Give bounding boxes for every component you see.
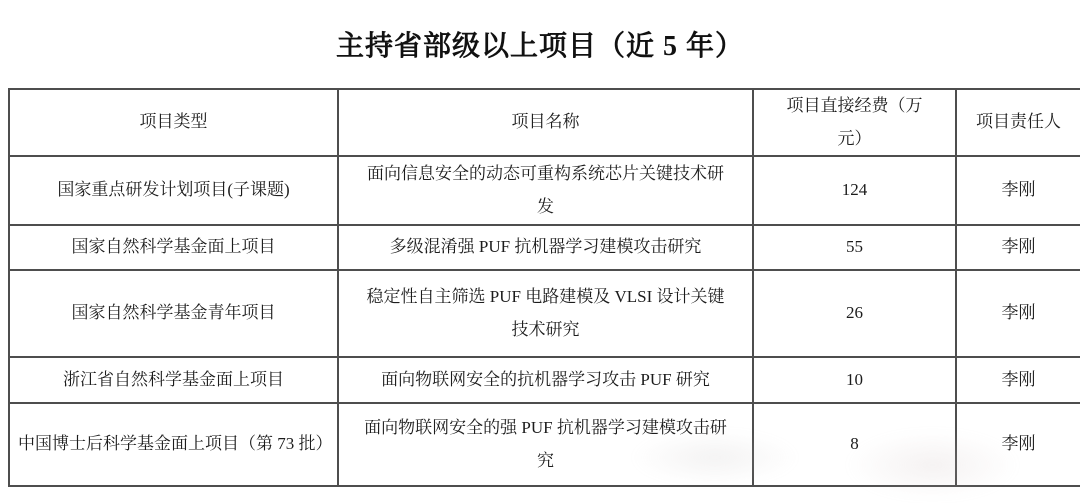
- column-header-project-lead: 项目责任人: [956, 89, 1080, 156]
- project-lead-cell: 李刚: [956, 357, 1080, 403]
- table-row: 国家自然科学基金面上项目 多级混淆强 PUF 抗机器学习建模攻击研究 55 李刚: [9, 225, 1080, 270]
- table-header-row: 项目类型 项目名称 项目直接经费（万元） 项目责任人: [9, 89, 1080, 156]
- project-type-cell: 国家自然科学基金面上项目: [9, 225, 338, 270]
- project-type-cell: 国家自然科学基金青年项目: [9, 270, 338, 357]
- column-header-project-type: 项目类型: [9, 89, 338, 156]
- project-name-cell: 面向信息安全的动态可重构系统芯片关键技术研发: [338, 156, 753, 225]
- project-type-cell: 中国博士后科学基金面上项目（第 73 批）: [9, 403, 338, 486]
- table-row: 国家重点研发计划项目(子课题) 面向信息安全的动态可重构系统芯片关键技术研发 1…: [9, 156, 1080, 225]
- project-name-cell: 稳定性自主筛选 PUF 电路建模及 VLSI 设计关键技术研究: [338, 270, 753, 357]
- table-row: 浙江省自然科学基金面上项目 面向物联网安全的抗机器学习攻击 PUF 研究 10 …: [9, 357, 1080, 403]
- project-funding-cell: 10: [753, 357, 956, 403]
- column-header-project-funding: 项目直接经费（万元）: [753, 89, 956, 156]
- project-lead-cell: 李刚: [956, 225, 1080, 270]
- table-row: 国家自然科学基金青年项目 稳定性自主筛选 PUF 电路建模及 VLSI 设计关键…: [9, 270, 1080, 357]
- table-row: 中国博士后科学基金面上项目（第 73 批） 面向物联网安全的强 PUF 抗机器学…: [9, 403, 1080, 486]
- project-type-cell: 浙江省自然科学基金面上项目: [9, 357, 338, 403]
- project-name-cell: 面向物联网安全的抗机器学习攻击 PUF 研究: [338, 357, 753, 403]
- project-funding-cell: 124: [753, 156, 956, 225]
- project-funding-cell: 26: [753, 270, 956, 357]
- project-lead-cell: 李刚: [956, 403, 1080, 486]
- project-lead-cell: 李刚: [956, 156, 1080, 225]
- project-lead-cell: 李刚: [956, 270, 1080, 357]
- page-title: 主持省部级以上项目（近 5 年）: [0, 0, 1080, 64]
- project-type-cell: 国家重点研发计划项目(子课题): [9, 156, 338, 225]
- column-header-project-name: 项目名称: [338, 89, 753, 156]
- projects-table: 项目类型 项目名称 项目直接经费（万元） 项目责任人 国家重点研发计划项目(子课…: [8, 88, 1080, 487]
- project-name-cell: 多级混淆强 PUF 抗机器学习建模攻击研究: [338, 225, 753, 270]
- project-name-cell: 面向物联网安全的强 PUF 抗机器学习建模攻击研究: [338, 403, 753, 486]
- project-funding-cell: 8: [753, 403, 956, 486]
- project-funding-cell: 55: [753, 225, 956, 270]
